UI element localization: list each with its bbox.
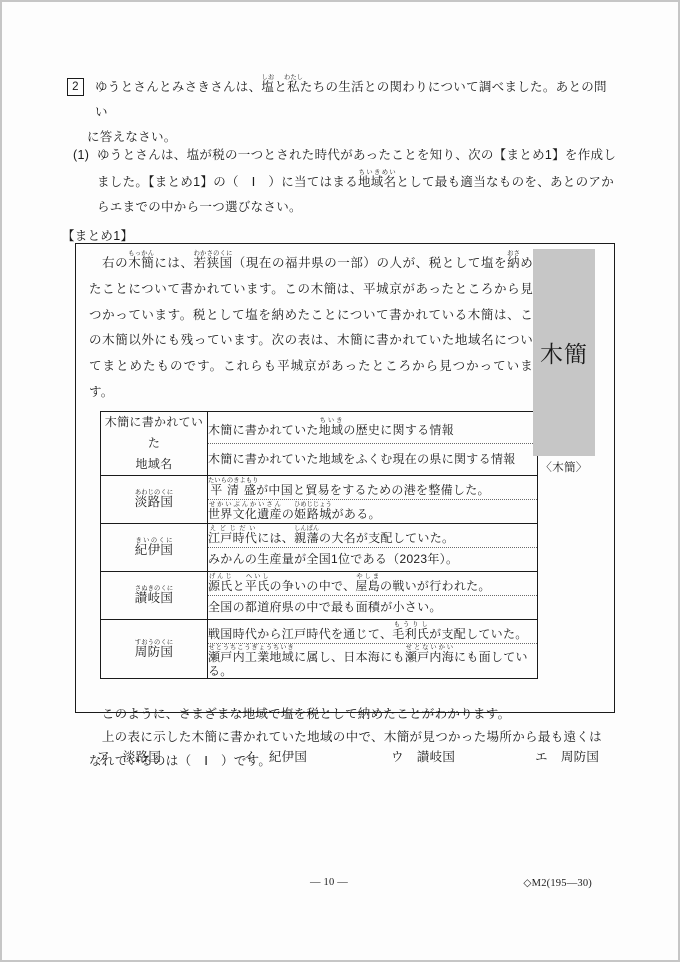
page-footer: — 10 — ◇M2(195—30) — [0, 877, 680, 893]
table-header-row: 木簡に書かれていた 地域名 木簡に書かれていた地域ちいきの歴史に関する情報 — [101, 411, 538, 443]
subquestion-line-2: ました。【まとめ1】の（ Ⅰ ）に当てはまる地域名ちいきめいとして最も適当なもの… — [97, 169, 616, 196]
region-present-cell: 瀬戸内工業地域せとうちこうぎょうちいきに属し、日本海にも瀬戸内海せとないかいにも… — [208, 643, 538, 678]
exam-page: 2 ゆうとさんとみさきさんは、塩しおと私わたしたちの生活との関わりについて調べま… — [0, 0, 680, 962]
subquestion-text: ゆうとさんは、塩が税の一つとされた時代があったことを知り、次の【まとめ1】を作成… — [97, 143, 616, 221]
choice-u-text: 讃岐国 — [417, 750, 455, 764]
question-block: 2 ゆうとさんとみさきさんは、塩しおと私わたしたちの生活との関わりについて調べま… — [67, 74, 617, 150]
table-header-name-line-2: 地域名 — [101, 454, 207, 475]
region-history-cell: 平清盛たいらのきよもりが中国と貿易をするための港を整備した。 — [208, 475, 538, 499]
region-name: 紀伊国きいのくに — [135, 543, 173, 557]
choice-u-label: ウ — [391, 750, 404, 764]
region-name: 周防国すおうのくに — [135, 645, 173, 659]
subquestion-line-3: らエまでの中から一つ選びなさい。 — [97, 195, 616, 221]
region-name-cell: 紀伊国きいのくに — [101, 523, 208, 571]
mokkan-image: 木簡 — [533, 249, 595, 456]
mokkan-image-label: 木簡 — [540, 336, 588, 369]
table-header-present-info: 木簡に書かれていた地域をふくむ現在の県に関する情報 — [208, 443, 538, 475]
choice-i: イ紀伊国 — [243, 747, 307, 765]
table-row: 淡路国あわじのくに 平清盛たいらのきよもりが中国と貿易をするための港を整備した。 — [101, 475, 538, 499]
region-history-cell: 戦国時代から江戸時代を通じて、毛利氏もうりしが支配していた。 — [208, 619, 538, 643]
region-present-cell: みかんの生産量が全国1位である（2023年）。 — [208, 547, 538, 571]
table-row: 紀伊国きいのくに 江戸時代えどじだいには、親藩しんぱんの大名が支配していた。 — [101, 523, 538, 547]
region-name: 讃岐国さぬきのくに — [135, 591, 173, 605]
question-number-box: 2 — [67, 78, 84, 96]
choice-a-text: 淡路国 — [123, 750, 161, 764]
choice-e-label: エ — [535, 750, 548, 764]
choice-e: エ周防国 — [535, 747, 599, 765]
table-header-name-line-1: 木簡に書かれていた — [101, 412, 207, 454]
closing-paragraph-1: このように、さまざまな地域で塩を税として納めたことがわかります。 — [89, 703, 602, 727]
table-row: 周防国すおうのくに 戦国時代から江戸時代を通じて、毛利氏もうりしが支配していた。 — [101, 619, 538, 643]
matome-title: 【まとめ1】 — [62, 226, 133, 244]
answer-choices: ア淡路国 イ紀伊国 ウ讃岐国 エ周防国 — [0, 747, 680, 767]
subquestion-block: (1) ゆうとさんは、塩が税の一つとされた時代があったことを知り、次の【まとめ1… — [73, 143, 619, 221]
region-name: 淡路国あわじのくに — [135, 495, 173, 509]
region-present-cell: 世界文化遺産せかいぶんかいさんの姫路城ひめじじょうがある。 — [208, 499, 538, 523]
footer-document-code: ◇M2(195—30) — [523, 877, 592, 889]
subquestion-line-1: ゆうとさんは、塩が税の一つとされた時代があったことを知り、次の【まとめ1】を作成… — [97, 143, 616, 169]
matome-box: 右の木簡もっかんには、若狭国わかさのくに（現在の福井県の一部）の人が、税として塩… — [75, 243, 615, 713]
choice-i-text: 紀伊国 — [269, 750, 307, 764]
region-table: 木簡に書かれていた 地域名 木簡に書かれていた地域ちいきの歴史に関する情報 木簡… — [100, 411, 538, 679]
table-header-name-cell: 木簡に書かれていた 地域名 — [101, 411, 208, 475]
table-row: 讃岐国さぬきのくに 源氏げんじと平氏へいしの争いの中で、屋島やしまの戦いが行われ… — [101, 571, 538, 595]
choice-u: ウ讃岐国 — [391, 747, 455, 765]
region-history-cell: 江戸時代えどじだいには、親藩しんぱんの大名が支配していた。 — [208, 523, 538, 547]
region-name-cell: 周防国すおうのくに — [101, 619, 208, 678]
question-text-line-1: ゆうとさんとみさきさんは、塩しおと私わたしたちの生活との関わりについて調べました… — [95, 74, 617, 125]
choice-i-label: イ — [243, 750, 256, 764]
region-name-cell: 讃岐国さぬきのくに — [101, 571, 208, 619]
region-present-cell: 全国の都道府県の中で最も面積が小さい。 — [208, 595, 538, 619]
choice-e-text: 周防国 — [561, 750, 599, 764]
mokkan-image-caption: 〈木簡〉 — [529, 459, 599, 475]
subquestion-label: (1) — [73, 143, 97, 221]
region-history-cell: 源氏げんじと平氏へいしの争いの中で、屋島やしまの戦いが行われた。 — [208, 571, 538, 595]
choice-a: ア淡路国 — [97, 747, 161, 765]
table-header-history-info: 木簡に書かれていた地域ちいきの歴史に関する情報 — [208, 411, 538, 443]
choice-a-label: ア — [97, 750, 110, 764]
question-number: 2 — [72, 81, 79, 93]
region-name-cell: 淡路国あわじのくに — [101, 475, 208, 523]
matome-paragraph: 右の木簡もっかんには、若狭国わかさのくに（現在の福井県の一部）の人が、税として塩… — [89, 250, 533, 406]
